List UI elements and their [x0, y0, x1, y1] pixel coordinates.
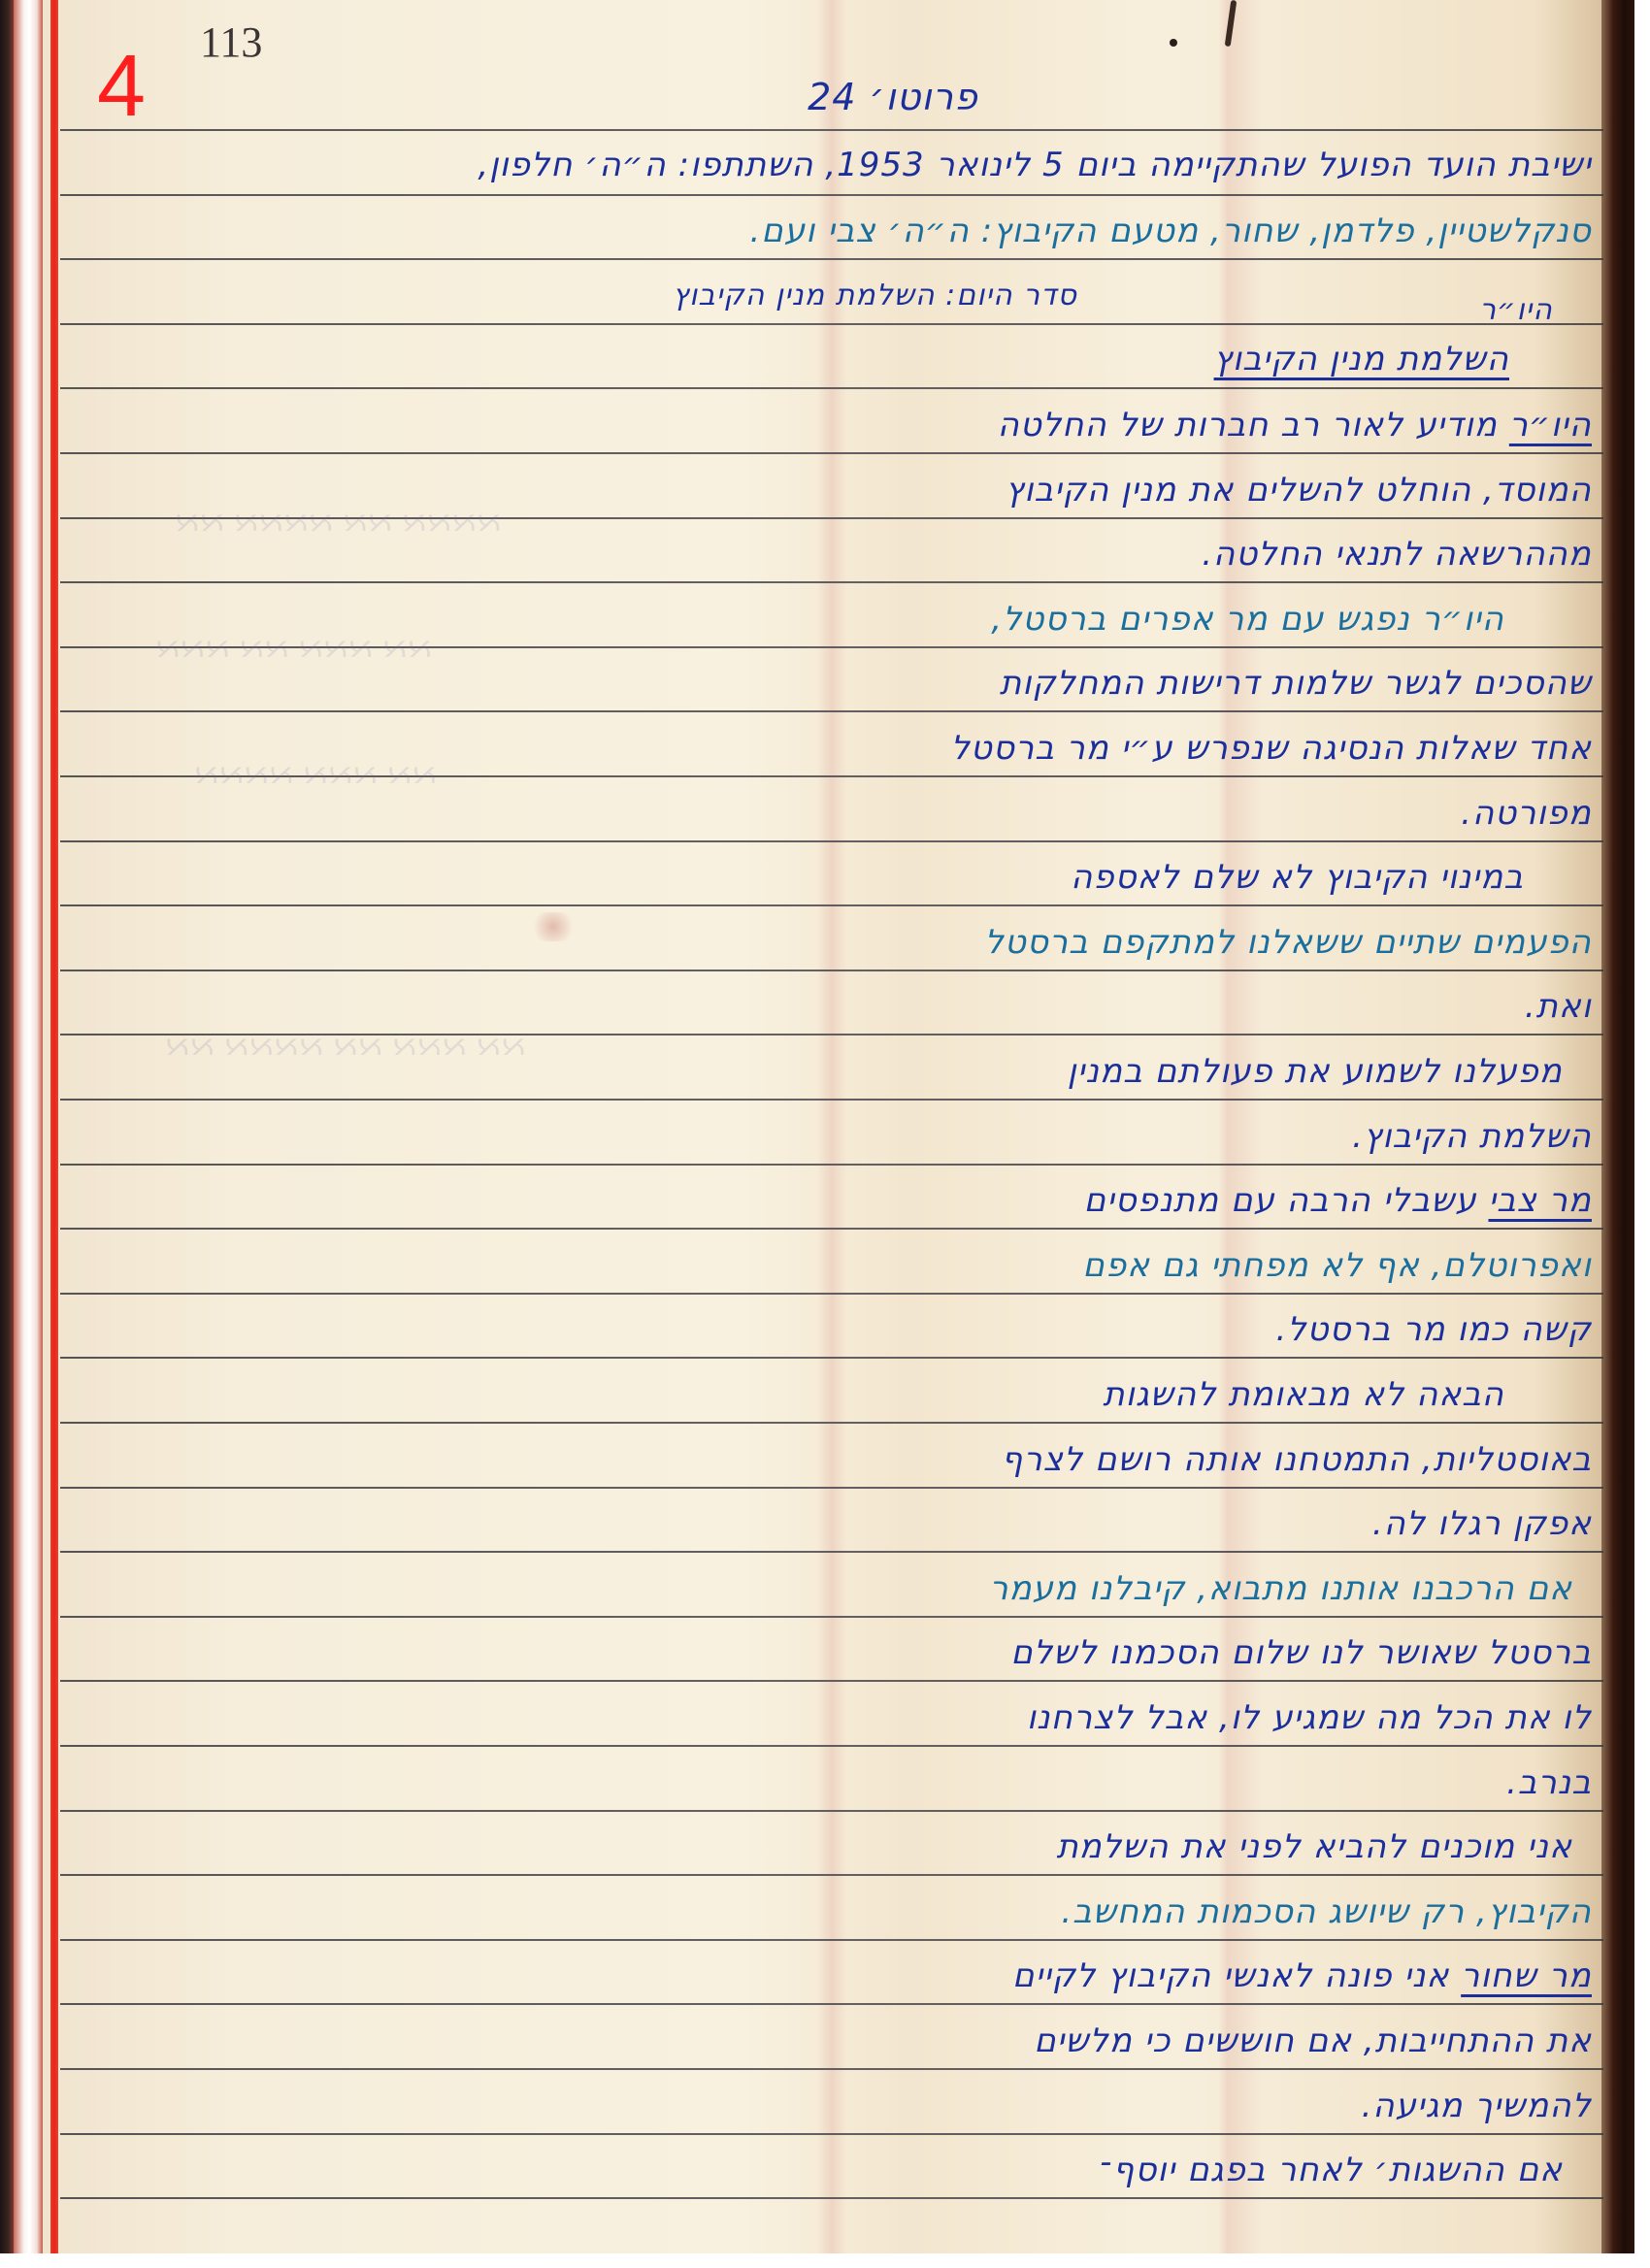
pen-dot-mark	[1170, 39, 1177, 47]
intro-agenda: סדר היום: השלמת מנין הקיבוץ	[673, 277, 1077, 315]
bleed-through-text: ﬡﬡﬡﬡ ﬡﬡﬡ ﬡﬡ	[194, 757, 437, 791]
ruled-line	[60, 1616, 1603, 1618]
ruled-line	[60, 387, 1603, 389]
minutes-line: הפעמים שתיים ששאלנו למתקפם ברסטל	[985, 923, 1593, 962]
minutes-line: המוסד, הוחלט להשלים את מנין הקיבוץ	[1006, 471, 1592, 509]
ruled-line	[60, 129, 1603, 131]
minutes-line: באוסטליות, התמטחנו אותה רושם לצרף	[1002, 1440, 1592, 1479]
minutes-line: הבאה לא מבאומת להשגות	[1103, 1375, 1504, 1414]
intro-line-2: סנקלשטיין, פלדמן, שחור, מטעם הקיבוץ: ה״ה…	[750, 212, 1593, 250]
minutes-line: ואת.	[1525, 987, 1592, 1026]
speaker-label: היו״ר	[1509, 406, 1592, 444]
ruled-line	[60, 2068, 1603, 2070]
minutes-line: לו את הכל מה שמגיע לו, אבל לצרחנו	[1027, 1698, 1592, 1737]
minutes-line: ואפרוטלם, אף לא מפחתי גם אפם	[1082, 1246, 1592, 1285]
intro-line-1: ישיבת הועד הפועל שהתקיימה ביום 5 לינואר …	[478, 146, 1592, 184]
minutes-line: הקיבוץ, רק שיושג הסכמות המחשב.	[1061, 1892, 1592, 1931]
ruled-line	[60, 1939, 1603, 1941]
bleed-through-text: ﬡﬡ ﬡﬡﬡﬡ ﬡﬡ ﬡﬡﬡﬡ	[175, 505, 502, 539]
ruled-line	[60, 1487, 1603, 1489]
minutes-line: במינוי הקיבוץ לא שלם לאספה	[1071, 858, 1524, 897]
ruled-line	[60, 581, 1603, 583]
page-number-pencil: 113	[200, 21, 262, 64]
minutes-line: אם ההשגות׳ לאחר בפגם יוסף־	[1100, 2151, 1563, 2189]
line-text: מודיע לאור רב חברות של החלטה	[998, 406, 1509, 444]
ruled-line	[60, 323, 1603, 325]
minutes-line: מפעלנו לשמוע את פעולתם במנין	[1068, 1052, 1563, 1091]
ruled-line	[60, 1228, 1603, 1230]
red-margin-line	[50, 0, 58, 2253]
ruled-line	[60, 1680, 1603, 1682]
minutes-line: אחד שאלות הנסיגה שנפרש ע״י מר ברסטל	[951, 729, 1592, 768]
ruled-line	[60, 2197, 1603, 2199]
ruled-line	[60, 1164, 1603, 1166]
speaker-label: מר שחור	[1461, 1956, 1592, 1995]
ruled-line	[60, 2133, 1603, 2135]
ruled-line	[60, 904, 1603, 906]
minutes-line: היו״ר נפגש עם מר אפרים ברסטל,	[991, 600, 1504, 639]
minutes-line: אפקן רגלו לה.	[1372, 1504, 1592, 1543]
left-binding-edge	[0, 0, 14, 2253]
minutes-line: מר צבי עשבלי הרבה עם מתנפסים	[1084, 1181, 1592, 1220]
ruled-line	[60, 1293, 1603, 1295]
minutes-line: את ההתחייבות, אם חוששים כי מלשים	[1034, 2021, 1592, 2060]
line-text: אני פונה לאנשי הקיבוץ לקיים	[1012, 1956, 1461, 1995]
ruled-line	[60, 452, 1603, 454]
left-page-edge	[14, 0, 43, 2253]
scan-border-right	[1634, 0, 1650, 2268]
page-number-red: 4	[97, 43, 146, 130]
right-binding-edge	[1601, 0, 1634, 2253]
ruled-line	[60, 970, 1603, 971]
minutes-line: מר שחור אני פונה לאנשי הקיבוץ לקיים	[1012, 1956, 1592, 1995]
minutes-line: אם הרכבנו אותנו מתבוא, קיבלנו מעמר	[989, 1569, 1572, 1608]
ruled-line	[60, 1810, 1603, 1812]
ruled-line	[60, 258, 1603, 260]
page-fold	[817, 0, 846, 2253]
ruled-line	[60, 194, 1603, 196]
ruled-line	[60, 1745, 1603, 1747]
ruled-line	[60, 840, 1603, 842]
minutes-line: מההרשאה לתנאי החלטה.	[1202, 535, 1592, 574]
minutes-line: בנרב.	[1506, 1763, 1592, 1802]
bleed-through-text: ﬡﬡﬡ ﬡﬡ ﬡﬡﬡ ﬡﬡ	[155, 631, 432, 665]
ruled-line	[60, 2003, 1603, 2005]
ruled-line	[60, 1099, 1603, 1101]
speaker-label: מר צבי	[1488, 1181, 1592, 1220]
ruled-line	[60, 1422, 1603, 1424]
ruled-line	[60, 1874, 1603, 1876]
minutes-title: פרוטו׳ 24	[767, 76, 1019, 118]
minutes-line: היו״ר מודיע לאור רב חברות של החלטה	[998, 406, 1592, 444]
minutes-line: קשה כמו מר ברסטל.	[1275, 1310, 1592, 1349]
minutes-line: השלמת הקיבוץ.	[1352, 1117, 1592, 1156]
intro-chair: היו״ר	[1479, 291, 1553, 330]
ink-smudge	[529, 912, 577, 941]
ruled-line	[60, 1357, 1603, 1359]
ruled-line	[60, 1551, 1603, 1553]
minutes-line: להמשיך מגיעה.	[1362, 2087, 1592, 2125]
minutes-line: מפורטה.	[1461, 794, 1592, 833]
ruled-line	[60, 710, 1603, 712]
bleed-through-text: ﬡﬡ ﬡﬡﬡﬡ ﬡﬡ ﬡﬡﬡ ﬡﬡ	[165, 1029, 526, 1063]
scan-border-bottom	[0, 2253, 1650, 2268]
minutes-line: אני מוכנים להביא לפני את השלמת	[1056, 1827, 1572, 1866]
minutes-line: ברסטל שאושר לנו שלום הסכמנו לשלם	[1010, 1633, 1592, 1672]
line-text: עשבלי הרבה עם מתנפסים	[1084, 1181, 1489, 1220]
section-heading: השלמת מנין הקיבוץ	[1214, 340, 1509, 378]
minutes-line: שהסכים לגשר שלמות דרישות המחלקות	[1000, 664, 1592, 703]
